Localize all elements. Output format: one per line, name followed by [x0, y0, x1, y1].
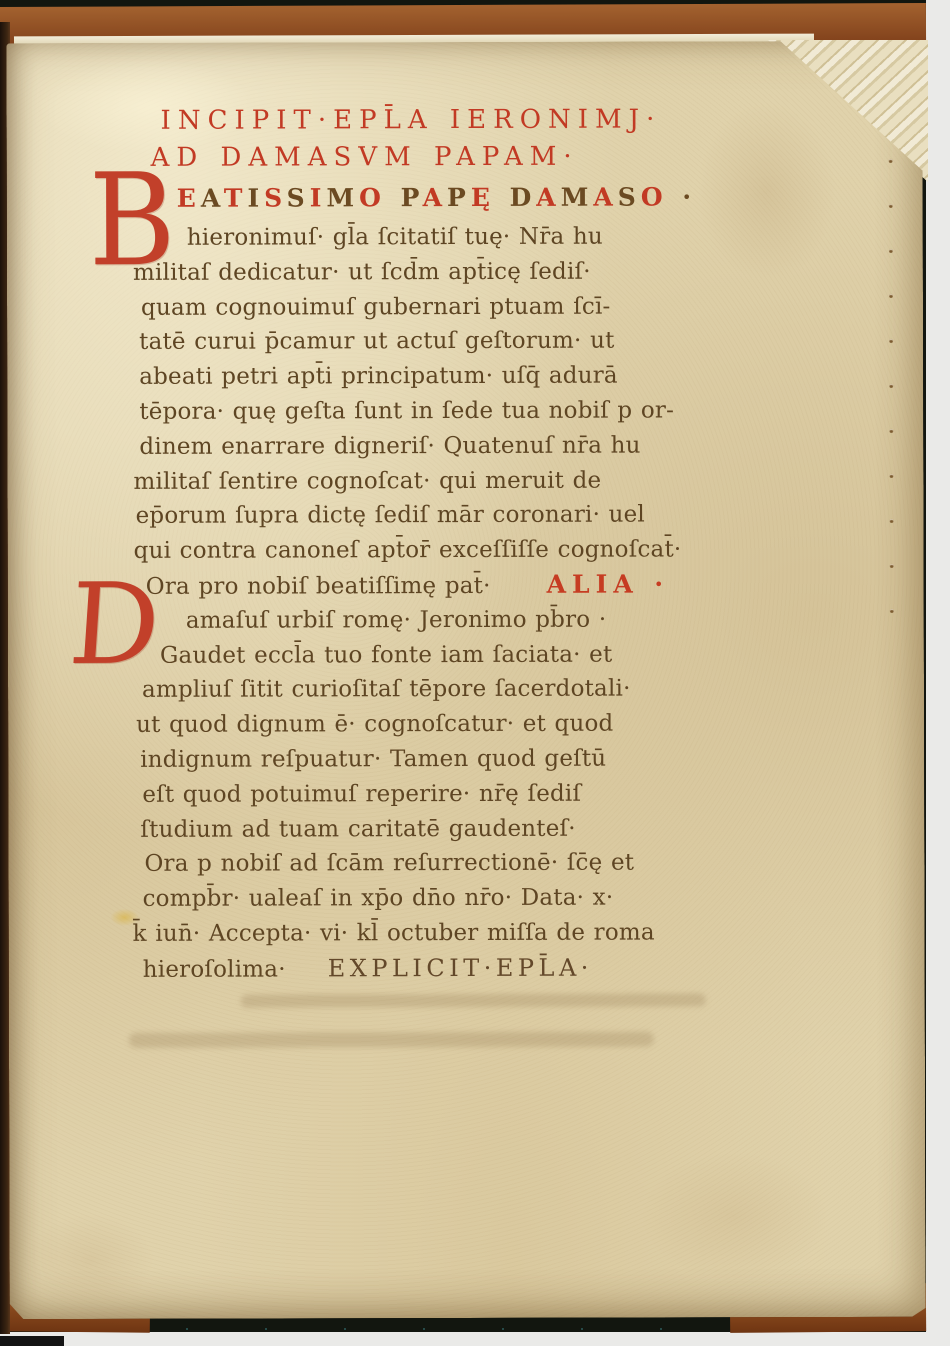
manuscript-line: abeati petri apt̄i principatum· uſq̄ adu…: [129, 358, 829, 395]
manuscript-line: INCIPIT·EPL̄A IERONIMJ·: [128, 101, 828, 140]
line-text: indignum reſpuatur· Tamen quod geſtū: [140, 746, 606, 773]
line-text: tatē curui p̄camur ut actuſ geſtorum· ut: [139, 328, 614, 355]
manuscript-line: dinem enarrare digneriſ· Quatenuſ nr̄a h…: [129, 428, 829, 465]
pricking-hole: [889, 249, 893, 253]
backdrop-black-corner: [0, 1336, 64, 1346]
line-text: compb̄r· ualeaſ in xp̄o dn̄o nr̄o· Data·…: [143, 885, 614, 912]
manuscript-line: amaſuſ urbiſ romę· Jeronimo pb̄ro ·: [130, 602, 830, 639]
manuscript-line: militaſ ſentire cognoſcat· qui meruit de: [129, 463, 829, 500]
verso-showthrough-band: [241, 993, 706, 1007]
pricking-hole: [889, 339, 893, 343]
manuscript-line: Ora pro nobiſ beatiſſimę pat̄·ALIA ·: [130, 567, 830, 604]
manuscript-line: qui contra canoneſ apt̄or̄ exceſſiſſe co…: [130, 532, 830, 569]
manuscript-line: tatē curui p̄camur ut actuſ geſtorum· ut: [129, 323, 829, 360]
manuscript-line: Ora p nobiſ ad ſcām reſurrectionē· ſc̄ę …: [130, 845, 830, 882]
pricking-hole: [889, 474, 893, 478]
manuscript-line: ep̄orum ſupra dictę ſediſ mār coronari·…: [130, 497, 830, 534]
line-text: dinem enarrare digneriſ· Quatenuſ nr̄a h…: [139, 432, 640, 459]
line-text: amaſuſ urbiſ romę· Jeronimo pb̄ro ·: [186, 606, 607, 633]
manuscript-line: ampliuſ ſitit curioſitaſ tēpore ſacerdot…: [130, 671, 830, 708]
manuscript-line: tēpora· quę geſta ſunt in ſede tua nobiſ…: [129, 393, 829, 430]
manuscript-line: hieronimuſ· gl̄a ſcitatiſ tuę· Nr̄a hu: [129, 219, 829, 256]
rubric-alia: ALIA ·: [547, 569, 670, 598]
pricking-hole: [890, 519, 894, 523]
manuscript-line: ut quod dignum ē· cognoſcatur· et quod: [130, 706, 830, 743]
line-text: eſt quod potuimuſ reperire· nr̄ę ſediſ: [142, 780, 581, 807]
pricking-hole: [889, 159, 893, 163]
line-text: ut quod dignum ē· cognoſcatur· et quod: [136, 711, 613, 738]
manuscript-line: eſt quod potuimuſ reperire· nr̄ę ſediſ: [130, 776, 830, 813]
manuscript-line: k̄ iun̄· Accepta· vi· kl̄ octuber miſſa …: [131, 915, 831, 952]
line-text: hieronimuſ· gl̄a ſcitatiſ tuę· Nr̄a hu: [187, 224, 603, 251]
line-text: qui contra canoneſ apt̄or̄ exceſſiſſe co…: [134, 537, 682, 564]
line-text: militaſ ſentire cognoſcat· qui meruit de: [133, 467, 601, 494]
manuscript-line: hieroſolima·EXPLICIT·EPL̄A·: [131, 950, 831, 987]
line-text: INCIPIT·EPL̄A IERONIMJ·: [160, 104, 661, 135]
stain-lower-left: [25, 1213, 155, 1308]
line-text: hieroſolima·: [143, 956, 286, 982]
initial-B: B: [89, 156, 176, 284]
line-text: Ora pro nobiſ beatiſſimę pat̄·: [146, 573, 491, 600]
stain-lower-right: [639, 1151, 829, 1281]
pricking-hole: [889, 204, 893, 208]
line-text: ampliuſ ſitit curioſitaſ tēpore ſacerdot…: [142, 676, 631, 703]
line-text: quam cognouimuſ gubernari ptuam ſcī-: [141, 293, 611, 320]
line-text: tēpora· quę geſta ſunt in ſede tua nobiſ…: [139, 397, 674, 424]
line-text: ep̄orum ſupra dictę ſediſ mār coronari·…: [136, 502, 645, 529]
line-text: AD DAMASVM PAPAM·: [151, 142, 579, 173]
pricking-hole: [889, 294, 893, 298]
manuscript-line: EATISSIMO PAPĘ DAMASO ·: [129, 175, 829, 221]
manuscript-line: compb̄r· ualeaſ in xp̄o dn̄o nr̄o· Data·…: [131, 880, 831, 917]
pricking-holes: [889, 159, 898, 654]
line-text: militaſ dedicatur· ut ſcd̄m apt̄icę ſedi…: [133, 258, 591, 285]
pricking-hole: [890, 564, 894, 568]
line-text: Ora p nobiſ ad ſcām reſurrectionē· ſc̄ę …: [144, 850, 634, 877]
line-text: ſtudium ad tuam caritatē gaudenteſ·: [140, 815, 575, 842]
pricking-hole: [890, 609, 894, 613]
line-text: abeati petri apt̄i principatum· uſq̄ adu…: [139, 363, 618, 390]
manuscript-line: AD DAMASVM PAPAM·: [129, 138, 829, 177]
manuscript-line: Gaudet eccl̄a tuo fonte iam ſaciata· et: [130, 637, 830, 674]
line-text: k̄ iun̄· Accepta· vi· kl̄ octuber miſſa …: [133, 919, 655, 946]
explicit-caps: EXPLICIT·EPL̄A·: [328, 953, 593, 982]
verso-showthrough-band: [129, 1032, 654, 1048]
pricking-hole: [889, 384, 893, 388]
line-text: Gaudet eccl̄a tuo fonte iam ſaciata· et: [160, 641, 613, 668]
parchment-page: INCIPIT·EPL̄A IERONIMJ·AD DAMASVM PAPAM·…: [6, 41, 925, 1319]
photo-backdrop: INCIPIT·EPL̄A IERONIMJ·AD DAMASVM PAPAM·…: [0, 0, 950, 1346]
manuscript-line: quam cognouimuſ gubernari ptuam ſcī-: [129, 289, 829, 326]
manuscript-line: militaſ dedicatur· ut ſcd̄m apt̄icę ſedi…: [129, 254, 829, 291]
pricking-hole: [889, 429, 893, 433]
manuscript-line: ſtudium ad tuam caritatē gaudenteſ·: [130, 811, 830, 848]
initial-D: D: [66, 569, 163, 681]
text-block: INCIPIT·EPL̄A IERONIMJ·AD DAMASVM PAPAM·…: [128, 101, 830, 986]
manuscript-line: indignum reſpuatur· Tamen quod geſtū: [130, 741, 830, 778]
